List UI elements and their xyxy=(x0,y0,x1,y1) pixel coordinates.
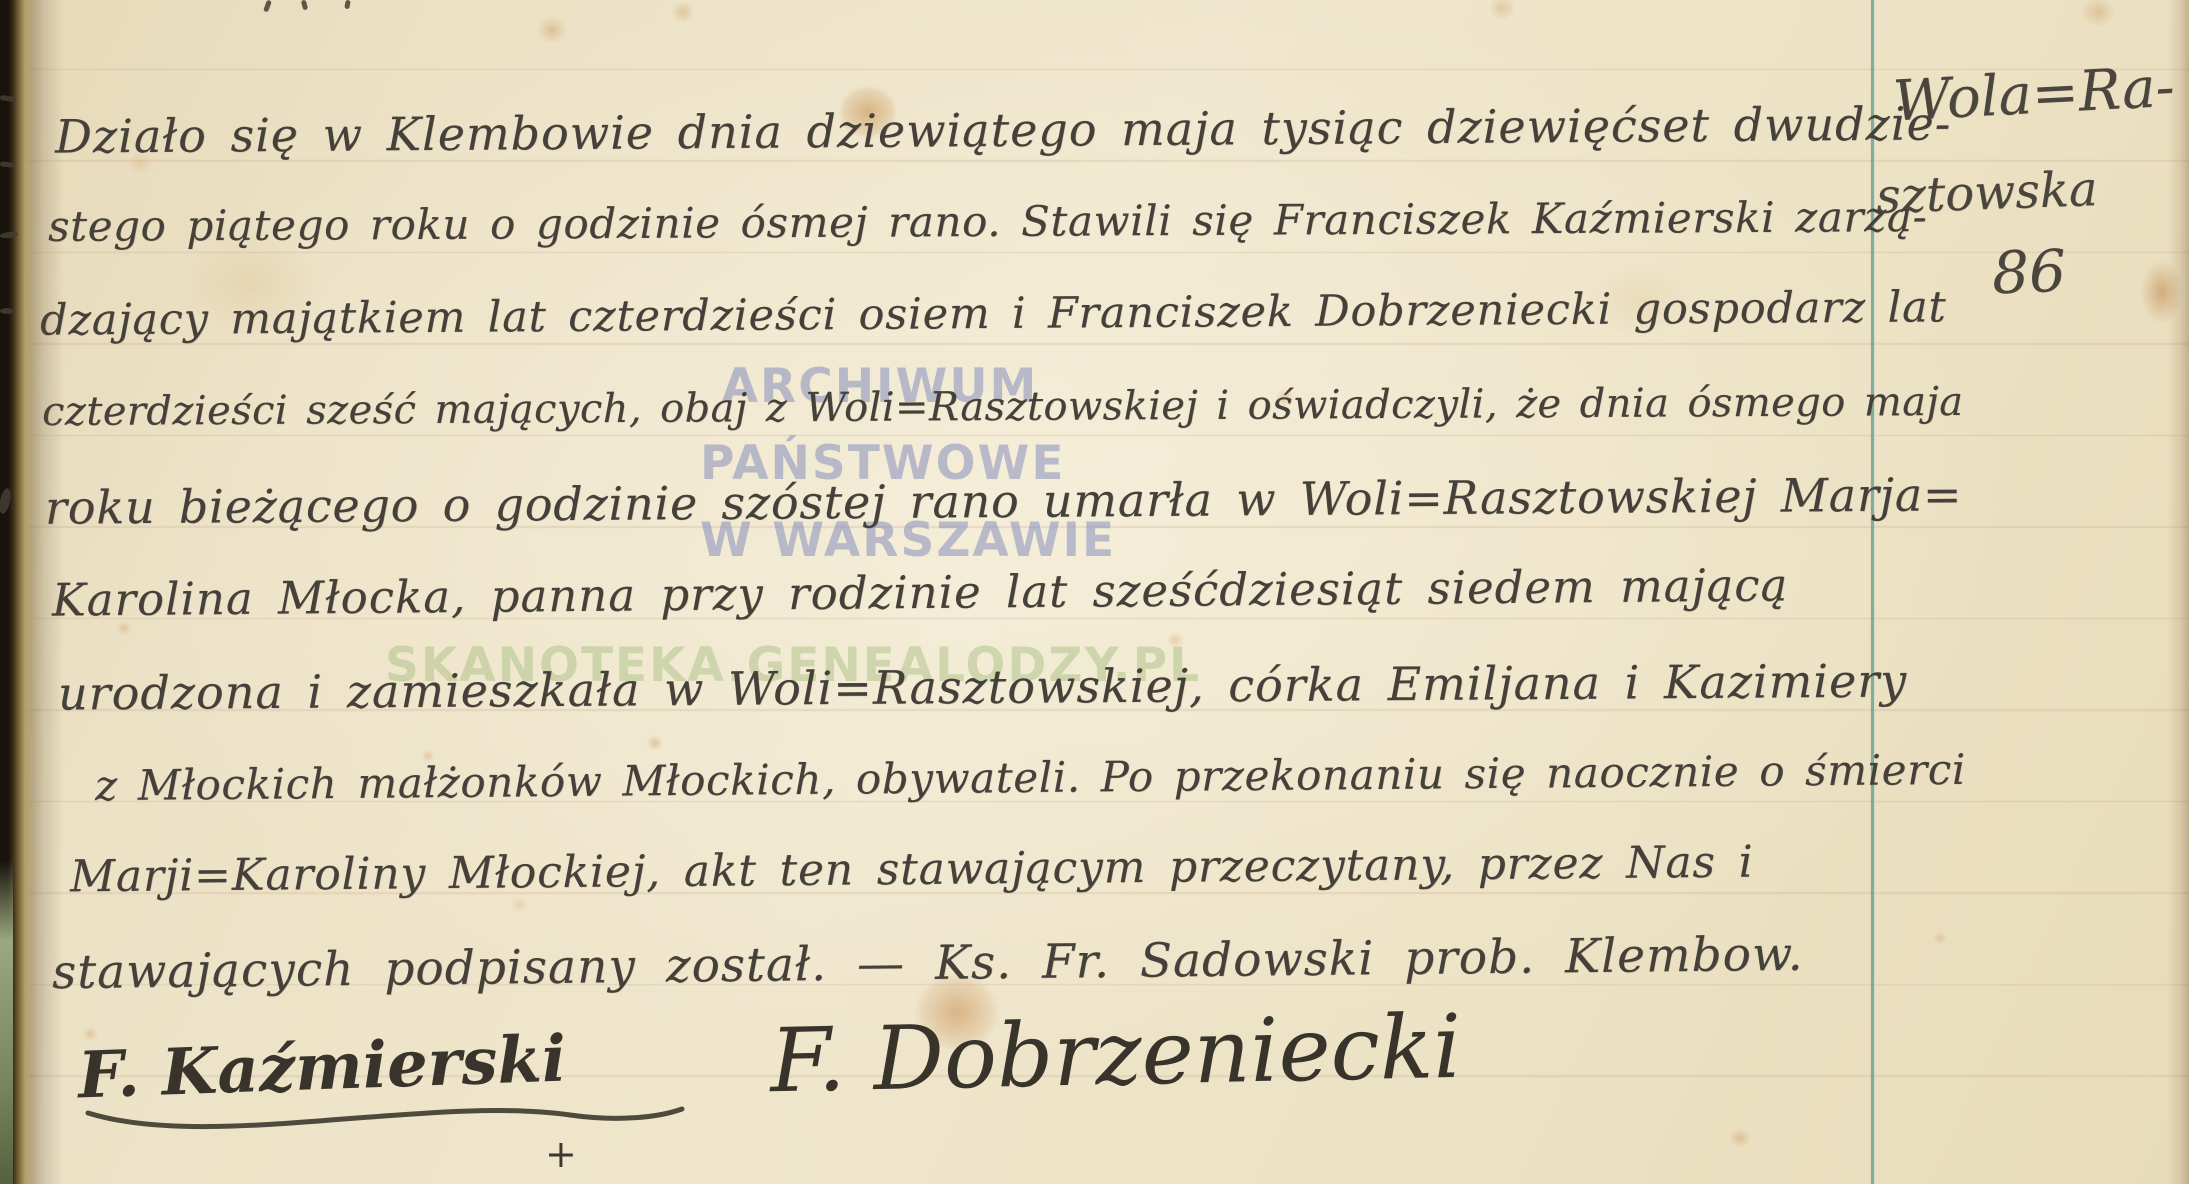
watermark-archiwum-panstwowe: ARCHIWUM PAŃSTWOWE W WARSZAWIE xyxy=(700,348,1060,579)
margin-note-place-line2: sztowska xyxy=(1875,161,2098,225)
signature-flourish-stroke xyxy=(70,1085,690,1155)
signature-dobrzeniecki: F. Dobrzeniecki xyxy=(769,995,1462,1112)
page-right-edge xyxy=(2167,0,2189,1184)
edge-ink-fragment xyxy=(0,308,13,314)
scanned-register-page: ARCHIWUM PAŃSTWOWE W WARSZAWIE SKANOTEKA… xyxy=(0,0,2189,1184)
binding-edge-green xyxy=(0,860,13,1184)
margin-rule-line xyxy=(1871,0,1874,1184)
margin-note-act-number: 86 xyxy=(1991,237,2067,308)
manuscript-line-2: stego piątego roku o godzinie ósmej rano… xyxy=(48,192,1928,251)
